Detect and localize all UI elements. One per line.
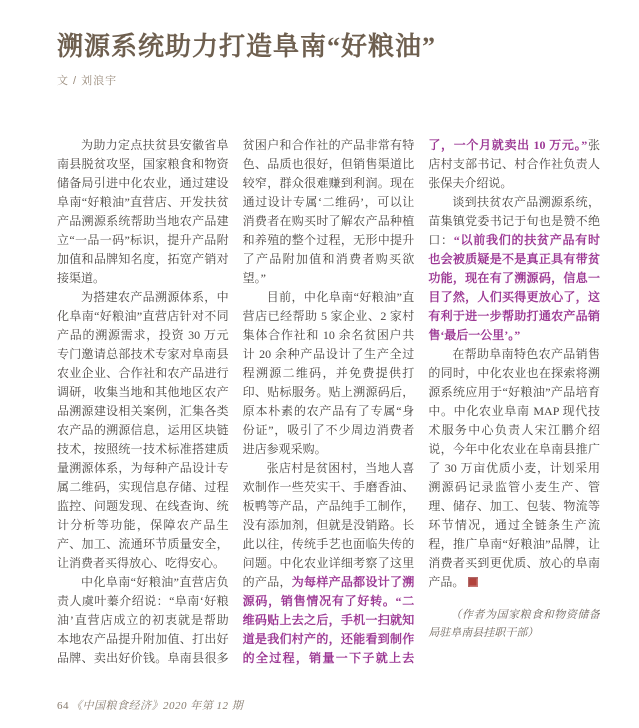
article-byline: 文 / 刘浪宇 <box>57 72 600 88</box>
paragraph-text: 在帮助阜南特色农产品销售的同时，中化农业也在探索将溯源系统应用于“好粮油”产品培… <box>428 347 600 589</box>
paragraph-text: 目前，中化阜南“好粮油”直营店已经帮助 5 家企业、2 家村集体合作社和 10 … <box>243 290 415 456</box>
paragraph-current-progress: 目前，中化阜南“好粮油”直营店已经帮助 5 家企业、2 家村集体合作社和 10 … <box>243 288 415 459</box>
article-body: 为助力定点扶贫县安徽省阜南县脱贫攻坚，国家粮食和物资储备局引进中化农业，通过建设… <box>57 136 600 678</box>
paragraph-text: 为助力定点扶贫县安徽省阜南县脱贫攻坚，国家粮食和物资储备局引进中化农业，通过建设… <box>57 138 229 285</box>
author-note: （作者为国家粮食和物资储备局驻阜南县挂职干部） <box>428 606 600 642</box>
highlighted-quote: “以前我们的扶贫产品有时也会被质疑是不是真正具有带贫功能，现在有了溯源码，信息一… <box>428 233 600 342</box>
paragraph-wheat-plan: 在帮助阜南特色农产品销售的同时，中化农业也在探索将溯源系统应用于“好粮油”产品培… <box>428 345 600 592</box>
article-title: 溯源系统助力打造阜南“好粮油” <box>57 26 600 63</box>
article-end-seal-icon <box>468 577 478 587</box>
journal-info: 《中国粮食经济》2020 年第 12 期 <box>71 700 243 712</box>
paragraph-text: 张店村是贫困村，当地人喜欢制作一些芡实干、手磨香油、板鸭等产品，产品纯手工制作，… <box>243 461 415 589</box>
paragraph-text: 为搭建农产品溯源体系，中化阜南“好粮油”直营店针对不同产品的溯源需求，投资 30… <box>57 290 229 570</box>
paragraph-intro: 为助力定点扶贫县安徽省阜南县脱贫攻坚，国家粮食和物资储备局引进中化农业，通过建设… <box>57 136 229 288</box>
page-footer: 64《中国粮食经济》2020 年第 12 期 <box>57 697 243 713</box>
paragraph-secretary-quote: 谈到扶贫农产品溯源系统，苗集镇党委书记于旬也是赞不绝口：“以前我们的扶贫产品有时… <box>428 193 600 345</box>
page-number: 64 <box>57 700 69 712</box>
magazine-page: 溯源系统助力打造阜南“好粮油” 文 / 刘浪宇 为助力定点扶贫县安徽省阜南县脱贫… <box>0 0 639 728</box>
paragraph-traceability-system: 为搭建农产品溯源体系，中化阜南“好粮油”直营店针对不同产品的溯源需求，投资 30… <box>57 288 229 573</box>
